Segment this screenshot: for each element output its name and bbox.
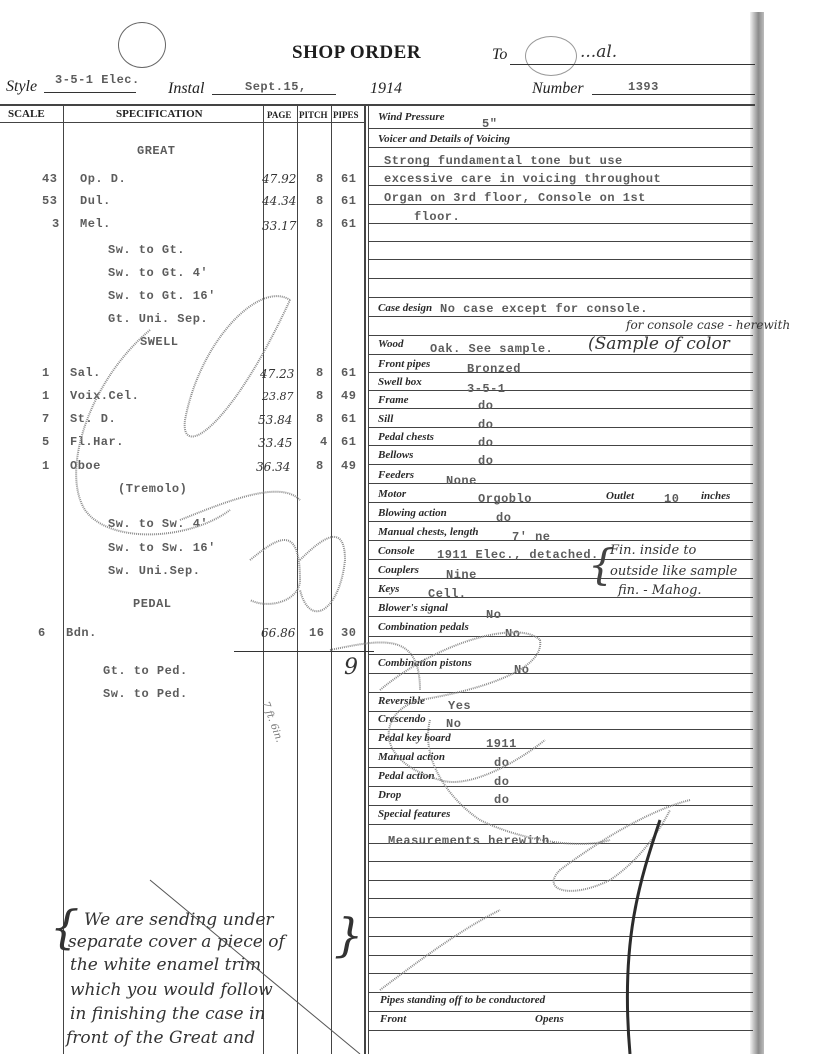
instal-value: Sept.15, [245, 80, 307, 94]
front-label: Front [380, 1013, 406, 1025]
year-value: 1914 [370, 80, 402, 98]
coupler-item: Sw. to Gt. 4' [108, 266, 208, 280]
punch-hole-mark [118, 22, 166, 68]
blowers-signal-label: Blower's signal [378, 602, 448, 614]
manual-chests-label: Manual chests, length [378, 526, 479, 538]
keys-label: Keys [378, 583, 399, 595]
stop-pitch: 8 [316, 194, 324, 208]
brace-right-icon: } [334, 908, 363, 962]
stop-page: 23.87 [262, 390, 294, 403]
frame-value: do [478, 399, 493, 413]
table-top-rule [0, 104, 755, 106]
console-label: Console [378, 545, 415, 557]
wood-handwritten: (Sample of color [588, 334, 730, 354]
drop-label: Drop [378, 789, 401, 801]
style-line [44, 92, 136, 93]
note-line: We are sending under [84, 910, 274, 930]
instal-line [212, 94, 336, 95]
coupler-item: Sw. to Sw. 16' [108, 541, 216, 555]
voicing-line: Strong fundamental tone but use [384, 154, 623, 168]
console-note-line: fin. - Mahog. [618, 583, 702, 598]
stop-scale: 1 [42, 459, 50, 473]
stop-page: 33.45 [258, 436, 292, 450]
pedal-keyboard-label: Pedal key board [378, 732, 451, 744]
stop-pipes: 61 [341, 172, 356, 186]
note-line: the white enamel trim [70, 955, 261, 975]
special-features-label: Special features [378, 808, 450, 820]
col-header-specification: SPECIFICATION [116, 108, 203, 120]
sill-value: do [478, 418, 493, 432]
crescendo-value: No [446, 717, 461, 731]
stop-page: 66.86 [261, 626, 295, 640]
stop-scale: 53 [42, 194, 57, 208]
stop-pitch: 8 [316, 366, 324, 380]
stop-pipes: 49 [341, 389, 356, 403]
total-mark: 9 [344, 655, 358, 680]
motor-label: Motor [378, 488, 406, 500]
to-value: ...al. [580, 42, 617, 62]
details-column-divider-2 [368, 104, 369, 1054]
feeders-label: Feeders [378, 469, 414, 481]
to-label: To [492, 46, 507, 64]
stop-scale: 43 [42, 172, 57, 186]
combination-pedals-value: No [505, 627, 520, 641]
front-pipes-label: Front pipes [378, 358, 430, 370]
couplers-label: Couplers [378, 564, 419, 576]
note-line: in finishing the case in [70, 1004, 265, 1024]
crescendo-label: Crescendo [378, 713, 426, 725]
instal-label: Instal [168, 80, 204, 98]
stop-pipes: 8 [316, 459, 324, 473]
number-value: 1393 [628, 80, 659, 94]
frame-label: Frame [378, 394, 409, 406]
stop-name: Fl.Har. [70, 435, 124, 449]
stop-pitch: 4 [320, 435, 328, 449]
sill-label: Sill [378, 413, 393, 425]
bellows-value: do [478, 454, 493, 468]
combination-pistons-value: No [514, 663, 529, 677]
stop-name: Sal. [70, 366, 101, 380]
stop-pitch: 8 [316, 389, 324, 403]
wind-pressure-label: Wind Pressure [378, 111, 445, 123]
column-header-rule [0, 122, 366, 123]
stop-pipes: 49 [341, 459, 356, 473]
note-line: separate cover a piece of [68, 932, 285, 952]
stop-scale: 6 [38, 626, 46, 640]
stop-page: 53.84 [258, 413, 292, 427]
feeders-value: None [446, 474, 477, 488]
to-line [510, 64, 755, 65]
style-value: 3-5-1 Elec. [55, 73, 140, 87]
stop-pitch: 8 [316, 412, 324, 426]
section-heading-pedal: PEDAL [133, 597, 172, 611]
number-line [592, 94, 755, 95]
voicing-label: Voicer and Details of Voicing [378, 133, 510, 145]
stop-pipes: 61 [341, 217, 356, 231]
col-header-pipes: PIPES [333, 110, 359, 120]
blowing-action-label: Blowing action [378, 507, 447, 519]
col-header-scale: SCALE [8, 108, 45, 120]
voicing-line: excessive care in voicing throughout [384, 172, 661, 186]
swell-box-label: Swell box [378, 376, 422, 388]
blowing-action-value: do [496, 511, 511, 525]
swell-box-value: 3-5-1 [467, 382, 506, 396]
coupler-item: Gt. to Ped. [103, 664, 188, 678]
stop-scale: 1 [42, 389, 50, 403]
pedal-chests-label: Pedal chests [378, 431, 434, 443]
shop-order-page: SHOP ORDER To ...al. Style 3-5-1 Elec. I… [0, 0, 816, 1054]
stop-name: Voix.Cel. [70, 389, 139, 403]
stop-scale: 5 [42, 435, 50, 449]
pipes-column-divider [331, 104, 332, 1054]
coupler-item: Sw. to Gt. [108, 243, 185, 257]
console-note-line: Fin. inside to [610, 543, 696, 558]
special-features-value: Measurements herewith. [388, 834, 557, 848]
coupler-item: Sw. to Gt. 16' [108, 289, 216, 303]
drop-value: do [494, 793, 509, 807]
stop-pipes: 61 [341, 366, 356, 380]
console-note-line: outside like sample [610, 564, 737, 579]
voicing-line: Organ on 3rd floor, Console on 1st [384, 191, 646, 205]
number-label: Number [532, 80, 584, 98]
manual-action-label: Manual action [378, 751, 445, 763]
section-heading-swell: SWELL [140, 335, 179, 349]
stop-pitch: 16 [309, 626, 324, 640]
pedal-keyboard-value: 1911 [486, 737, 517, 751]
wood-label: Wood [378, 338, 403, 350]
stop-pipes: 61 [341, 412, 356, 426]
couplers-value: Nine [446, 568, 477, 582]
case-design-label: Case design [378, 302, 432, 314]
pedal-action-value: do [494, 775, 509, 789]
stop-name: St. D. [70, 412, 116, 426]
pedal-action-label: Pedal action [378, 770, 435, 782]
blowers-signal-value: No [486, 608, 501, 622]
case-design-handwritten: for console case - herewith [626, 318, 790, 332]
stop-scale: 7 [42, 412, 50, 426]
col-header-pitch: PITCH [299, 110, 328, 120]
pipes-standing-label: Pipes standing off to be conductored [380, 994, 545, 1006]
coupler-item: Sw. to Sw. 4' [108, 517, 208, 531]
page-title: SHOP ORDER [292, 42, 421, 64]
stop-name: Dul. [80, 194, 111, 208]
stop-name: Op. D. [80, 172, 126, 186]
stop-page: 47.92 [262, 172, 296, 186]
stop-pipes: 61 [341, 194, 356, 208]
combination-pedals-label: Combination pedals [378, 621, 469, 633]
voicing-line: floor. [414, 210, 460, 224]
manual-chests-value: 7' ne [512, 530, 551, 544]
stop-scale: 1 [42, 366, 50, 380]
motor-value: Orgoblo [478, 492, 532, 506]
stop-pipes: 30 [341, 626, 356, 640]
stop-name: Bdn. [66, 626, 97, 640]
note-line: front of the Great and [66, 1028, 255, 1048]
details-column-divider [364, 104, 366, 1054]
style-label: Style [6, 78, 37, 96]
section-heading-great: GREAT [137, 144, 176, 158]
reversible-value: Yes [448, 699, 471, 713]
inches-label: inches [701, 490, 730, 502]
stop-name: Mel. [80, 217, 111, 231]
stop-scale: 3 [52, 217, 60, 231]
stop-pitch: 8 [316, 172, 324, 186]
reversible-label: Reversible [378, 695, 425, 707]
stop-page: 36.34 [256, 460, 290, 474]
wind-pressure-value: 5" [482, 117, 497, 131]
pedal-chests-value: do [478, 436, 493, 450]
scan-margin [764, 0, 816, 1054]
coupler-item: Sw. to Ped. [103, 687, 188, 701]
console-value: 1911 Elec., detached. [437, 548, 599, 562]
stop-name: Oboe [70, 459, 101, 473]
stop-pitch: 8 [316, 217, 324, 231]
stop-pipes: 61 [341, 435, 356, 449]
wood-value: Oak. See sample. [430, 342, 553, 356]
stop-page: 33.17 [262, 219, 296, 233]
pitch-column-divider [297, 104, 298, 1054]
opens-label: Opens [535, 1013, 564, 1025]
stop-page: 47.23 [260, 367, 294, 381]
tremolo-label: (Tremolo) [118, 482, 187, 496]
keys-value: Cell. [428, 587, 467, 601]
note-line: which you would follow [70, 980, 273, 1000]
redaction-blot [525, 36, 577, 76]
front-pipes-value: Bronzed [467, 362, 521, 376]
coupler-item: Sw. Uni.Sep. [108, 564, 200, 578]
bellows-label: Bellows [378, 449, 413, 461]
case-design-value: No case except for console. [440, 302, 648, 316]
outlet-value: 10 [664, 492, 679, 506]
stop-page: 44.34 [262, 194, 296, 208]
manual-action-value: do [494, 756, 509, 770]
col-header-page: PAGE [267, 110, 291, 120]
outlet-label: Outlet [606, 490, 634, 502]
coupler-item: Gt. Uni. Sep. [108, 312, 208, 326]
total-rule [234, 651, 374, 652]
combination-pistons-label: Combination pistons [378, 657, 472, 669]
